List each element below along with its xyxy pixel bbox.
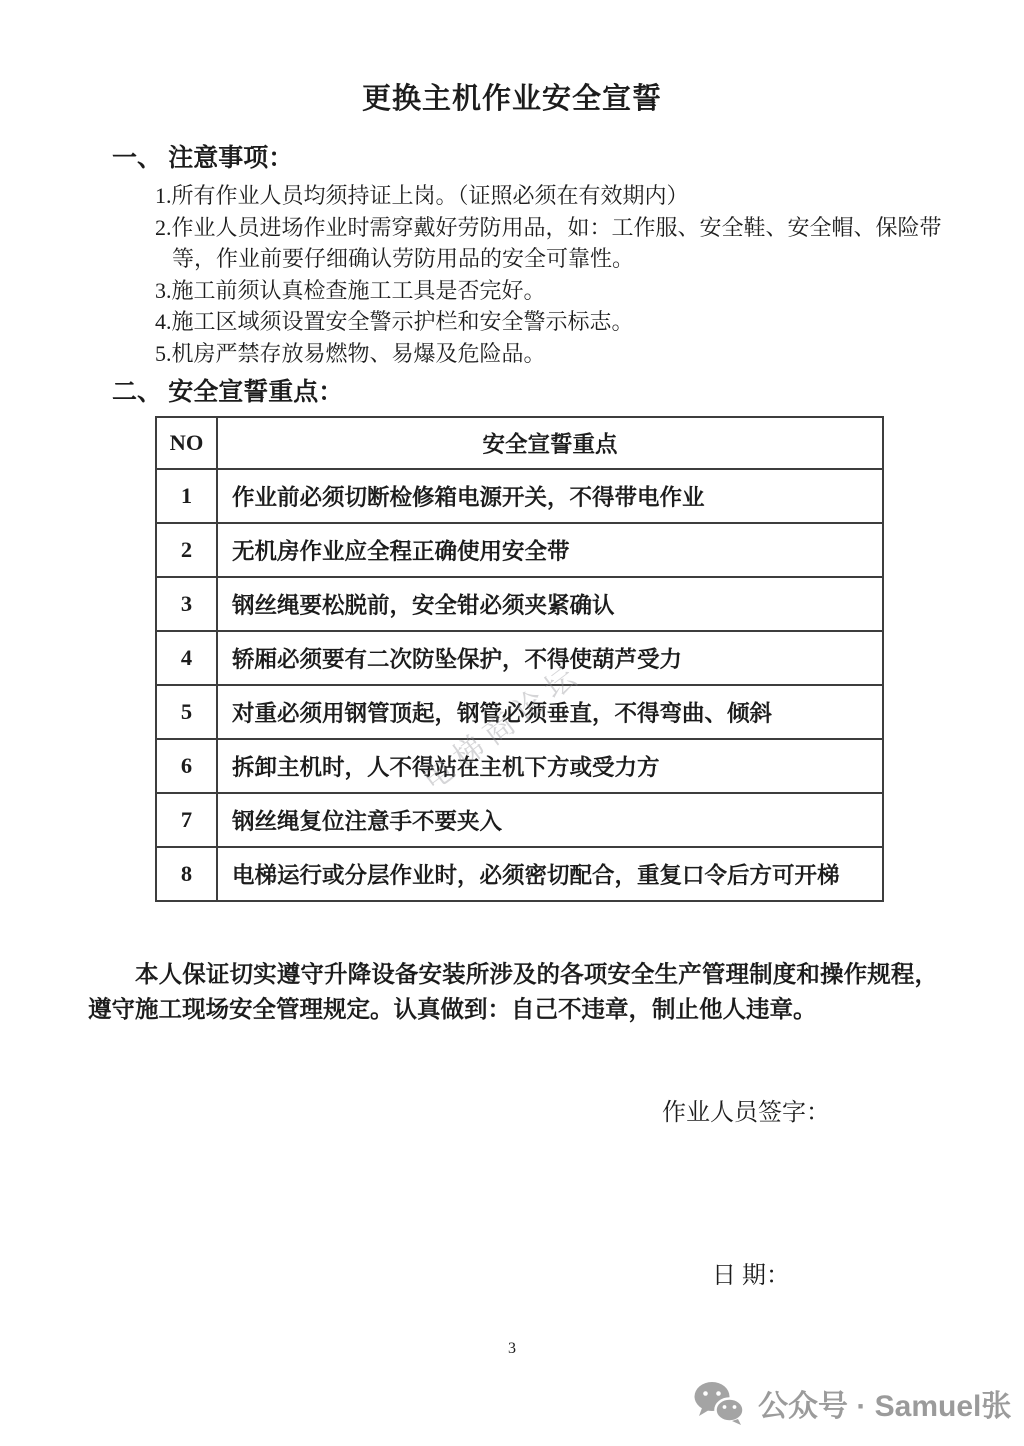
table-row: 7 钢丝绳复位注意手不要夹入 xyxy=(156,793,883,847)
row-number: 2 xyxy=(156,523,217,577)
declaration-paragraph: 本人保证切实遵守升降设备安装所涉及的各项安全生产管理制度和操作规程，遵守施工现场… xyxy=(88,958,938,1028)
row-text: 钢丝绳复位注意手不要夹入 xyxy=(217,793,883,847)
row-number: 1 xyxy=(156,469,217,523)
row-number: 3 xyxy=(156,577,217,631)
row-text: 电梯运行或分层作业时，必须密切配合，重复口令后方可开梯 xyxy=(217,847,883,901)
date-label: 日 期： xyxy=(712,1255,790,1290)
notes-item-5: 5.机房严禁存放易燃物、易爆及危险品。 xyxy=(155,338,967,370)
row-number: 5 xyxy=(156,685,217,739)
table-row: 6 拆卸主机时，人不得站在主机下方或受力方 xyxy=(156,739,883,793)
wechat-account-label: 公众号 · Samuel张 xyxy=(758,1381,1011,1425)
row-number: 8 xyxy=(156,847,217,901)
notes-item-1: 1.所有作业人员均须持证上岗。（证照必须在有效期内） xyxy=(155,180,967,212)
table-header-row: NO 安全宣誓重点 xyxy=(156,417,883,469)
table-row: 4 轿厢必须要有二次防坠保护，不得使葫芦受力 xyxy=(156,631,883,685)
notes-item-2: 2.作业人员进场作业时需穿戴好劳防用品，如：工作服、安全鞋、安全帽、保险带等，作… xyxy=(155,212,967,275)
row-text: 作业前必须切断检修箱电源开关，不得带电作业 xyxy=(217,469,883,523)
row-text: 无机房作业应全程正确使用安全带 xyxy=(217,523,883,577)
wechat-account-watermark: 公众号 · Samuel张 xyxy=(692,1380,1011,1426)
row-number: 6 xyxy=(156,739,217,793)
table-row: 8 电梯运行或分层作业时，必须密切配合，重复口令后方可开梯 xyxy=(156,847,883,901)
page-title: 更换主机作业安全宣誓 xyxy=(0,76,1024,117)
table-row: 2 无机房作业应全程正确使用安全带 xyxy=(156,523,883,577)
table-row: 5 对重必须用钢管顶起，钢管必须垂直，不得弯曲、倾斜 xyxy=(156,685,883,739)
notes-list: 1.所有作业人员均须持证上岗。（证照必须在有效期内） 2.作业人员进场作业时需穿… xyxy=(155,180,967,369)
row-number: 4 xyxy=(156,631,217,685)
table-header-text: 安全宣誓重点 xyxy=(217,417,883,469)
signature-label: 作业人员签字： xyxy=(662,1092,830,1127)
document-page: 更换主机作业安全宣誓 一、 注意事项： 1.所有作业人员均须持证上岗。（证照必须… xyxy=(0,0,1024,1446)
table-row: 1 作业前必须切断检修箱电源开关，不得带电作业 xyxy=(156,469,883,523)
wechat-icon xyxy=(692,1380,746,1426)
row-text: 拆卸主机时，人不得站在主机下方或受力方 xyxy=(217,739,883,793)
section-heading-notes: 一、 注意事项： xyxy=(112,138,293,174)
row-number: 7 xyxy=(156,793,217,847)
section-heading-pledge: 二、 安全宣誓重点： xyxy=(112,372,343,408)
row-text: 对重必须用钢管顶起，钢管必须垂直，不得弯曲、倾斜 xyxy=(217,685,883,739)
row-text: 轿厢必须要有二次防坠保护，不得使葫芦受力 xyxy=(217,631,883,685)
table-header-no: NO xyxy=(156,417,217,469)
row-text: 钢丝绳要松脱前，安全钳必须夹紧确认 xyxy=(217,577,883,631)
notes-item-4: 4.施工区域须设置安全警示护栏和安全警示标志。 xyxy=(155,306,967,338)
notes-item-3: 3.施工前须认真检查施工工具是否完好。 xyxy=(155,275,967,307)
table-row: 3 钢丝绳要松脱前，安全钳必须夹紧确认 xyxy=(156,577,883,631)
pledge-table: NO 安全宣誓重点 1 作业前必须切断检修箱电源开关，不得带电作业 2 无机房作… xyxy=(155,416,884,902)
page-number: 3 xyxy=(0,1340,1024,1358)
